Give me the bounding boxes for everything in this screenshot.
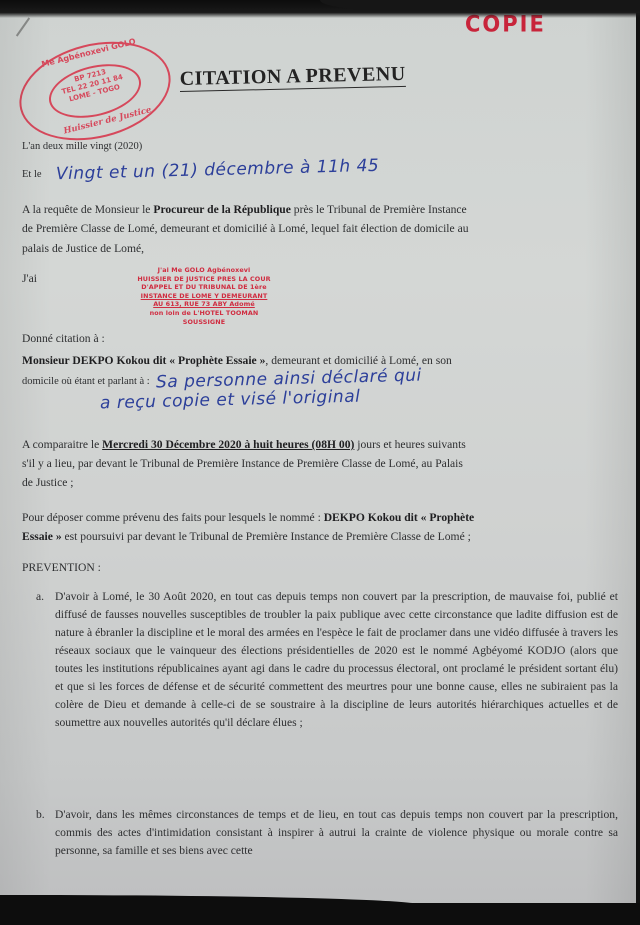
list-marker: a.: [36, 588, 44, 606]
citation-label: Donné citation à :: [22, 330, 105, 347]
charge-paragraph: Pour déposer comme prévenu des faits pou…: [22, 509, 622, 545]
year-line: L'an deux mille vingt (2020): [22, 138, 142, 155]
document-page: COPIE Me Agbénoxevi GOLO BP 7213 TEL 22 …: [0, 6, 636, 910]
bailiff-stamp-line: non loin de L'HOTEL TOOMAN: [118, 309, 290, 318]
photo-top-edge-right: [320, 0, 640, 10]
prosecutor-title: Procureur de la République: [153, 203, 291, 216]
prevention-heading: PREVENTION :: [22, 559, 101, 576]
bailiff-stamp-line: SOUSSIGNE: [118, 318, 290, 327]
charge-item-text: D'avoir, dans les mêmes circonstances de…: [55, 806, 618, 860]
bailiff-stamp-line: HUISSIER DE JUSTICE PRES LA COUR: [118, 275, 290, 284]
date-line: Et le Vingt et un (21) décembre à 11h 45: [22, 164, 380, 183]
handwritten-recipient-line-2: a reçu copie et visé l'original: [100, 389, 361, 413]
request-line-3: palais de Justice de Lomé,: [22, 240, 618, 257]
bailiff-round-stamp: Me Agbénoxevi GOLO BP 7213 TEL 22 20 11 …: [9, 27, 181, 155]
list-marker: b.: [36, 806, 45, 824]
bailiff-stamp-line: AU 613, RUE 73 ABY Adomé: [118, 300, 290, 309]
document-title: CITATION A PREVENU: [179, 63, 406, 92]
request-line-2: de Première Classe de Lomé, demeurant et…: [22, 220, 618, 237]
defendant-alias-bold: Essaie »: [22, 530, 62, 543]
hearing-date: Mercredi 30 Décembre 2020 à huit heures …: [102, 438, 354, 451]
appearance-line-1: A comparaitre le Mercredi 30 Décembre 20…: [22, 436, 622, 453]
charge-item-text: D'avoir à Lomé, le 30 Août 2020, en tout…: [55, 588, 618, 732]
bailiff-stamp-line: J'ai Me GOLO Agbénoxevi: [118, 266, 290, 275]
defendant-name: Monsieur DEKPO Kokou dit « Prophète Essa…: [22, 354, 265, 367]
defendant-name-bold: DEKPO Kokou dit « Prophète: [324, 511, 475, 524]
request-line-1: A la requête de Monsieur le Procureur de…: [22, 201, 618, 218]
bailiff-signature-stamp: J'ai Me GOLO Agbénoxevi HUISSIER DE JUST…: [118, 266, 290, 326]
defendant-line-1: Monsieur DEKPO Kokou dit « Prophète Essa…: [22, 352, 622, 369]
appearance-paragraph: A comparaitre le Mercredi 30 Décembre 20…: [22, 436, 622, 491]
charge-item-a: a. D'avoir à Lomé, le 30 Août 2020, en t…: [38, 588, 618, 732]
bailiff-stamp-line: INSTANCE DE LOME Y DEMEURANT: [118, 292, 290, 301]
request-paragraph: A la requête de Monsieur le Procureur de…: [22, 201, 618, 257]
photo-bottom-edge: [0, 903, 640, 925]
charge-line-1: Pour déposer comme prévenu des faits pou…: [22, 509, 622, 526]
appearance-line-2: s'il y a lieu, par devant le Tribunal de…: [22, 455, 622, 472]
appearance-line-3: de Justice ;: [22, 474, 622, 491]
handwritten-date: Vingt et un (21) décembre à 11h 45: [56, 158, 380, 183]
charge-item-b: b. D'avoir, dans les mêmes circonstances…: [38, 806, 618, 860]
defendant-paragraph: Monsieur DEKPO Kokou dit « Prophète Essa…: [22, 352, 622, 410]
charge-line-2: Essaie » est poursuivi par devant le Tri…: [22, 528, 622, 545]
pen-mark: [16, 17, 30, 36]
jai-label: J'ai: [22, 270, 37, 287]
bailiff-stamp-line: D'APPEL ET DU TRIBUNAL DE 1ère: [118, 283, 290, 292]
date-label: Et le: [22, 169, 42, 180]
